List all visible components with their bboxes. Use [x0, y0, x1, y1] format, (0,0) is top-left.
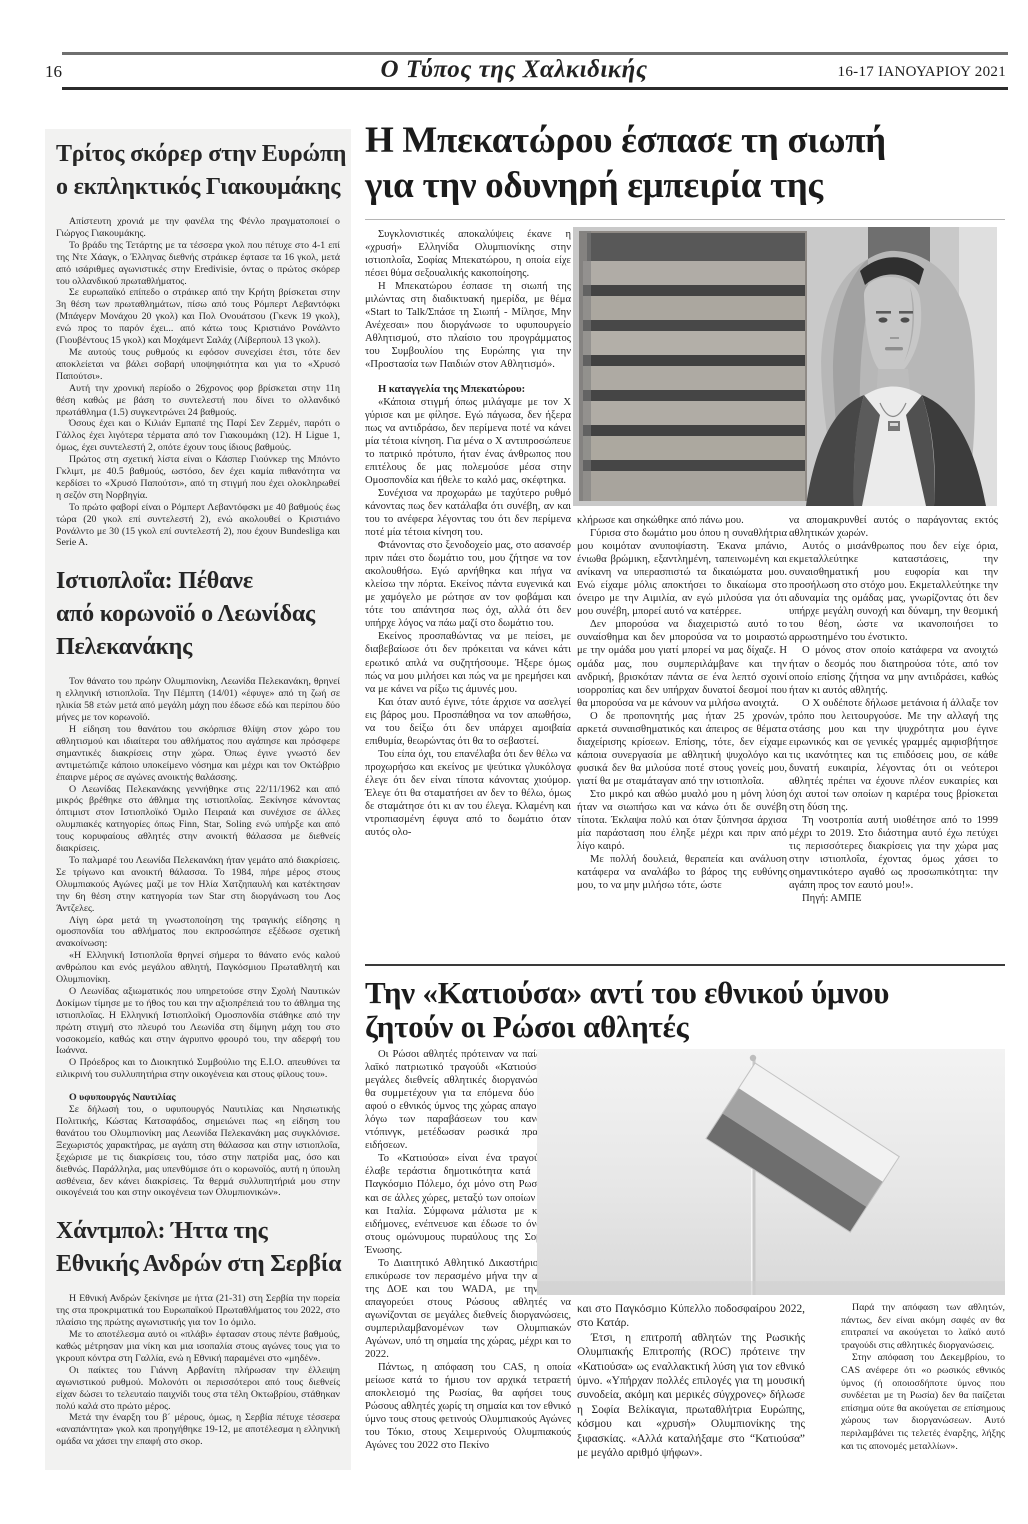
headline-line: ζητούν οι Ρώσοι αθλητές [365, 1010, 1010, 1044]
main-headline: Η Μπεκατώρου έσπασε τη σιωπήγια την οδυν… [365, 118, 1010, 208]
paragraph: Το βράδυ της Τετάρτης με τα τέσσερα γκολ… [56, 240, 340, 288]
paragraph: «Κάποια στιγμή όπως μιλάγαμε με τον Χ γύ… [365, 396, 571, 487]
paragraph: Με αυτούς τους ρυθμούς κι εφόσον συνεχίσ… [56, 347, 340, 383]
paragraph: Η Εθνική Ανδρών ξεκίνησε με ήττα (21-31)… [56, 1293, 340, 1329]
paragraph: Σε δήλωσή του, ο υφυπουργός Ναυτιλίας κα… [56, 1104, 340, 1199]
header-bottom-rule [62, 87, 1008, 90]
paragraph: να απομακρυνθεί αυτός ο παράγοντας εκτός… [789, 514, 998, 540]
paragraph: Δεν μπορούσα να διαχειριστώ αυτό το συνα… [577, 618, 787, 709]
paragraph: Το παλμαρέ του Λεωνίδα Πελεκανάκη ήταν γ… [56, 855, 340, 915]
paragraph: Σε ευρωπαϊκό επίπεδο ο στράικερ από την … [56, 287, 340, 347]
paragraph: Και όταν αυτό έγινε, τότε άρχισε να ασελ… [365, 696, 571, 748]
main-article-quote: «Κάποια στιγμή όπως μιλάγαμε με τον Χ γύ… [365, 396, 571, 840]
paragraph: Ο μόνος στον οποίο κατάφερα να ανοιχτώ ή… [789, 644, 998, 696]
title-line: Πελεκανάκης [56, 631, 340, 664]
main-article-col3: να απομακρυνθεί αυτός ο παράγοντας εκτός… [789, 514, 998, 905]
paragraph: Ο Χ ουδέποτε δήλωσε μετάνοια ή άλλαξε το… [789, 697, 998, 814]
article-giakoumakis: Τρίτος σκόρερ στην Ευρώπηο εκπληκτικός Γ… [56, 138, 340, 549]
paragraph: Εκείνος προσπαθώντας να με πείσει, με δι… [365, 630, 571, 695]
paragraph: Φτάνοντας στο ξενοδοχείο μας, στο ασανσέ… [365, 539, 571, 630]
title-line: Χάντμπολ: Ήττα της [56, 1215, 340, 1248]
paragraph: Πάντως, η απόφαση του CAS, η οποία μείωσ… [365, 1361, 571, 1452]
main-article-col1: Συγκλονιστικές αποκαλύψεις έκανε η «χρυσ… [365, 228, 571, 839]
paragraph: Μετά την έναρξη του β΄ μέρους, όμως, η Σ… [56, 1412, 340, 1448]
katyusha-headline: Την «Κατιούσα» αντί του εθνικού ύμνουζητ… [365, 976, 1010, 1044]
bottom-article-col2: και στο Παγκόσμιο Κύπελλο ποδοσφαίρου 20… [577, 1302, 805, 1460]
article-body: Σε δήλωσή του, ο υφυπουργός Ναυτιλίας κα… [56, 1104, 340, 1199]
subhead-shipping-minister: Ο υφυπουργός Ναυτιλίας [56, 1092, 340, 1104]
headline-line: για την οδυνηρή εμπειρία της [365, 163, 1010, 208]
paragraph: Τον θάνατο του πρώην Ολυμπιονίκη, Λεωνίδ… [56, 676, 340, 724]
paragraph: Ο Λεωνίδας αξιωματικός που υπηρετούσε στ… [56, 986, 340, 1057]
paragraph: Συγκλονιστικές αποκαλύψεις έκανε η «χρυσ… [365, 228, 571, 280]
paragraph: Η Μπεκατώρου έσπασε τη σιωπή της μιλώντα… [365, 280, 571, 371]
article-title: Ιστιοπλοΐα: Πέθανεαπό κορωνοϊό ο Λεωνίδα… [56, 565, 340, 664]
article-title: Χάντμπολ: Ήττα τηςΕθνικής Ανδρών στη Σερ… [56, 1215, 340, 1281]
article-handball: Χάντμπολ: Ήττα τηςΕθνικής Ανδρών στη Σερ… [56, 1215, 340, 1448]
paragraph: Με πολλή δουλειά, θεραπεία και ανάλυση κ… [577, 853, 787, 892]
subhead-accusation: Η καταγγελία της Μπεκατώρου: [365, 383, 571, 396]
paragraph: Τη νοοτροπία αυτή υιοθέτησε από το 1999 … [789, 814, 998, 892]
headline-line: Την «Κατιούσα» αντί του εθνικού ύμνου [365, 976, 1010, 1010]
paragraph: Η είδηση του θανάτου του σκόρπισε θλίψη … [56, 724, 340, 784]
bekatorou-photo [573, 227, 997, 506]
article-body: Τον θάνατο του πρώην Ολυμπιονίκη, Λεωνίδ… [56, 676, 340, 1081]
paragraph: και στο Παγκόσμιο Κύπελλο ποδοσφαίρου 20… [577, 1302, 805, 1331]
paragraph: Στην απόφαση του Δεκεμβρίου, το CAS ανέφ… [841, 1352, 1005, 1453]
woman-portrait-illustration [573, 227, 997, 506]
paragraph: Λίγη ώρα μετά τη γνωστοποίηση της τραγικ… [56, 915, 340, 951]
newspaper-page: 16 Ο Τύπος της Χαλκιδικής 16-17 ΙΑΝΟΥΑΡΙ… [0, 0, 1028, 1524]
article-body: Η Εθνική Ανδρών ξεκίνησε με ήττα (21-31)… [56, 1293, 340, 1448]
title-line: Τρίτος σκόρερ στην Ευρώπη [56, 138, 340, 171]
paragraph: Παρά την απόφαση των αθλητών, πάντως, δε… [841, 1302, 1005, 1352]
headline-line: Η Μπεκατώρου έσπασε τη σιωπή [365, 118, 1010, 163]
paragraph: Αυτή την χρονική περίοδο ο 26χρονος φορ … [56, 383, 340, 419]
article-body: Απίστευτη χρονιά με την φανέλα της Φένλο… [56, 216, 340, 549]
main-article-col2: κλήρωσε και σηκώθηκε από πάνω μου.Γύρισα… [577, 514, 787, 892]
paragraph: Γύρισα στο δωμάτιο μου όπου η συναθλήτρι… [577, 527, 787, 618]
article-title: Τρίτος σκόρερ στην Ευρώπηο εκπληκτικός Γ… [56, 138, 340, 204]
title-line: από κορωνοϊό ο Λεωνίδας [56, 598, 340, 631]
left-column: Τρίτος σκόρερ στην Ευρώπηο εκπληκτικός Γ… [45, 129, 351, 1470]
header-top-rule [62, 52, 1008, 55]
article-body: Ο υφυπουργός Ναυτιλίας [56, 1092, 340, 1104]
paragraph: Του είπα όχι, του επανέλαβα ότι δεν θέλω… [365, 748, 571, 839]
paragraph: Στο μικρό και αθώο μυαλό μου η μόνη λύση… [577, 788, 787, 853]
paragraph: Με το αποτέλεσμα αυτό οι «πλάβι» έφτασαν… [56, 1329, 340, 1365]
paragraph: «Η Ελληνική Ιστιοπλοΐα θρηνεί σήμερα το … [56, 950, 340, 986]
flag-illustration [537, 1049, 1005, 1295]
paragraph: Αυτός ο μισάνθρωπος που δεν είχε όρια, ε… [789, 540, 998, 644]
paragraph: Ο Λεωνίδας Πελεκανάκης γεννήθηκε στις 22… [56, 784, 340, 855]
paragraph: Ο Πρόεδρος και το Διοικητικό Συμβούλιο τ… [56, 1057, 340, 1081]
paragraph: Έτσι, η επιτροπή αθλητών της Ρωσικής Ολυ… [577, 1331, 805, 1461]
paragraph: Όσους έχει και ο Κιλιάν Εμπαπέ της Παρί … [56, 418, 340, 454]
article-pelekanakis: Ιστιοπλοΐα: Πέθανεαπό κορωνοϊό ο Λεωνίδα… [56, 565, 340, 1199]
paragraph: Πηγή: ΑΜΠΕ [789, 892, 998, 905]
headline-rule [365, 219, 1005, 220]
paragraph: Οι παίκτες του Γιάννη Αρβανίτη πλήρωσαν … [56, 1365, 340, 1413]
russian-flag-photo [537, 1049, 1005, 1295]
paragraph: Το πρώτο φαβορί είναι ο Ρόμπερτ Λεβαντόφ… [56, 502, 340, 550]
paragraph: Πρώτος στη σχετική λίστα είναι ο Κάσπερ … [56, 454, 340, 502]
paragraph: Συνέχισα να προχωράω με ταχύτερο ρυθμό κ… [365, 487, 571, 539]
paragraph: κλήρωσε και σηκώθηκε από πάνω μου. [577, 514, 787, 527]
title-line: Εθνικής Ανδρών στη Σερβία [56, 1248, 340, 1281]
bottom-article-col3: Παρά την απόφαση των αθλητών, πάντως, δε… [841, 1302, 1005, 1453]
section-divider-rule [365, 964, 1005, 966]
main-article-intro: Συγκλονιστικές αποκαλύψεις έκανε η «χρυσ… [365, 228, 571, 372]
issue-date: 16-17 ΙΑΝΟΥΑΡΙΟΥ 2021 [838, 64, 1006, 81]
title-line: ο εκπληκτικός Γιακουμάκης [56, 171, 340, 204]
paragraph: Απίστευτη χρονιά με την φανέλα της Φένλο… [56, 216, 340, 240]
slatted-wall [579, 231, 807, 501]
title-line: Ιστιοπλοΐα: Πέθανε [56, 565, 340, 598]
paragraph: Ο δε προπονητής μας ήταν 25 χρονών, αρκε… [577, 710, 787, 788]
